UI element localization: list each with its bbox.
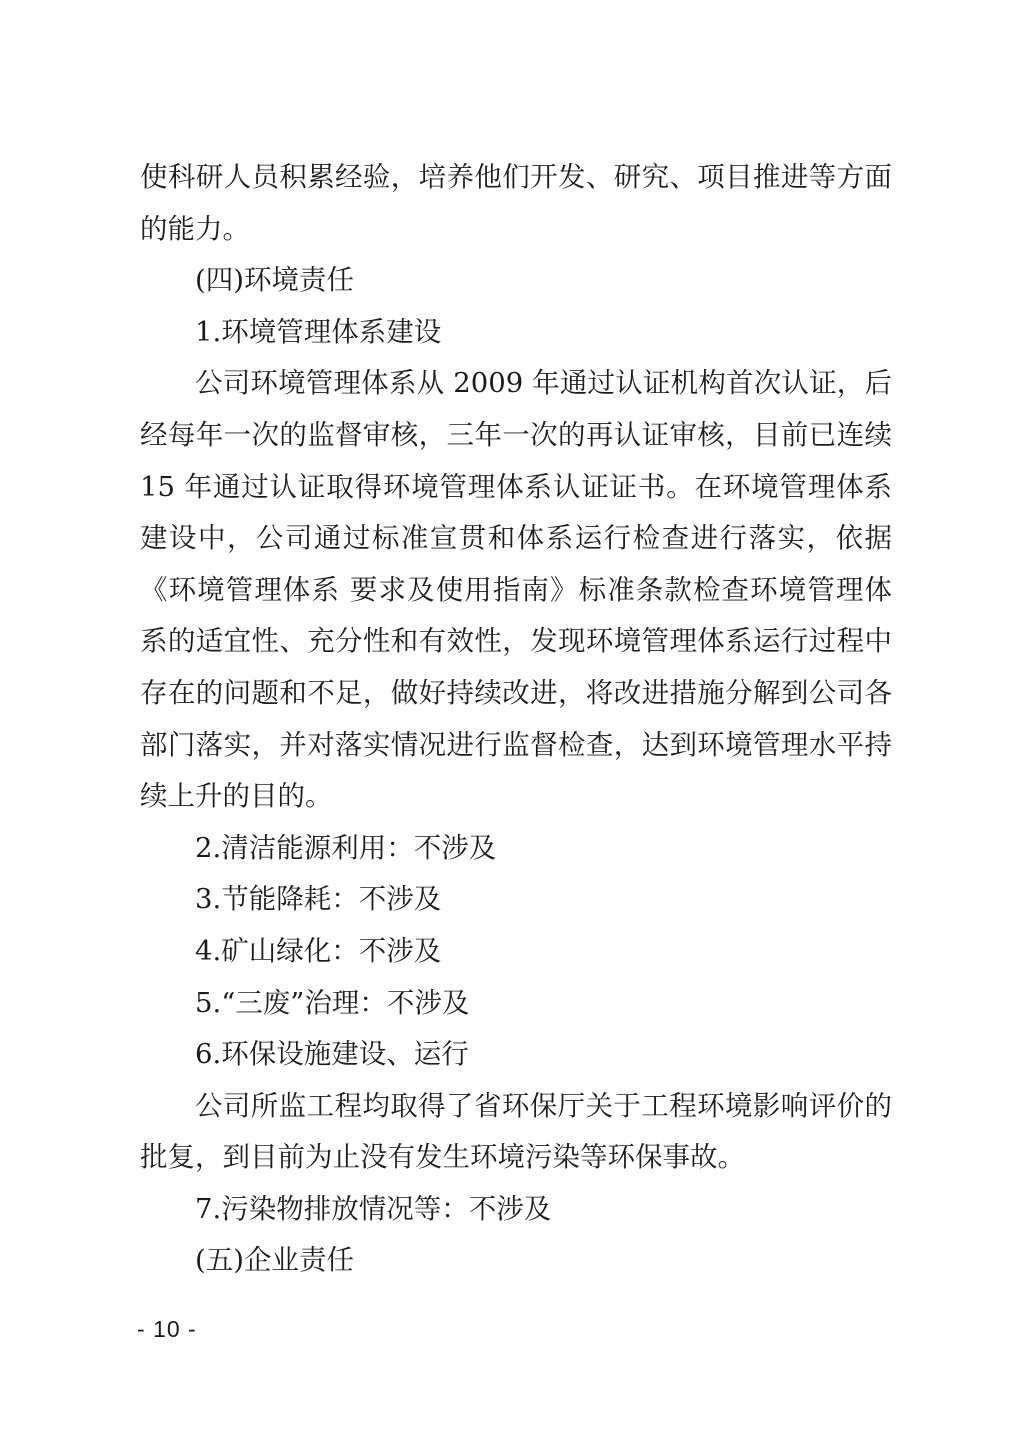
paragraph-line: 的能力。 bbox=[140, 204, 892, 256]
list-item-line: 6.环保设施建设、运行 bbox=[140, 1029, 892, 1081]
page-number: - 10 - bbox=[137, 1316, 197, 1343]
document-body: 使科研人员积累经验，培养他们开发、研究、项目推进等方面 的能力。 (四)环境责任… bbox=[140, 152, 892, 1287]
paragraph-line: 公司环境管理体系从 2009 年通过认证机构首次认证，后 bbox=[140, 358, 892, 410]
list-item-line: 5.“三废”治理：不涉及 bbox=[140, 978, 892, 1030]
paragraph-line: 经每年一次的监督审核，三年一次的再认证审核，目前已连续 bbox=[140, 410, 892, 462]
paragraph-line: 存在的问题和不足，做好持续改进，将改进措施分解到公司各 bbox=[140, 668, 892, 720]
paragraph-line: 15 年通过认证取得环境管理体系认证证书。在环境管理体系 bbox=[140, 462, 892, 514]
paragraph-line: 《环境管理体系 要求及使用指南》标准条款检查环境管理体 bbox=[140, 565, 892, 617]
paragraph-line: 部门落实，并对落实情况进行监督检查，达到环境管理水平持 bbox=[140, 720, 892, 772]
paragraph-line: 使科研人员积累经验，培养他们开发、研究、项目推进等方面 bbox=[140, 152, 892, 204]
list-item-line: 3.节能降耗：不涉及 bbox=[140, 874, 892, 926]
section-heading: (四)环境责任 bbox=[140, 255, 892, 307]
document-page: 使科研人员积累经验，培养他们开发、研究、项目推进等方面 的能力。 (四)环境责任… bbox=[0, 0, 1024, 1448]
list-item-line: 1.环境管理体系建设 bbox=[140, 307, 892, 359]
paragraph-line: 批复，到目前为止没有发生环境污染等环保事故。 bbox=[140, 1132, 892, 1184]
paragraph-line: 公司所监工程均取得了省环保厅关于工程环境影响评价的 bbox=[140, 1081, 892, 1133]
list-item-line: 7.污染物排放情况等：不涉及 bbox=[140, 1184, 892, 1236]
list-item-line: 2.清洁能源利用：不涉及 bbox=[140, 823, 892, 875]
paragraph-line: 系的适宜性、充分性和有效性，发现环境管理体系运行过程中 bbox=[140, 616, 892, 668]
paragraph-line: 续上升的目的。 bbox=[140, 771, 892, 823]
section-heading: (五)企业责任 bbox=[140, 1235, 892, 1287]
list-item-line: 4.矿山绿化：不涉及 bbox=[140, 926, 892, 978]
paragraph-line: 建设中，公司通过标准宣贯和体系运行检查进行落实，依据 bbox=[140, 513, 892, 565]
